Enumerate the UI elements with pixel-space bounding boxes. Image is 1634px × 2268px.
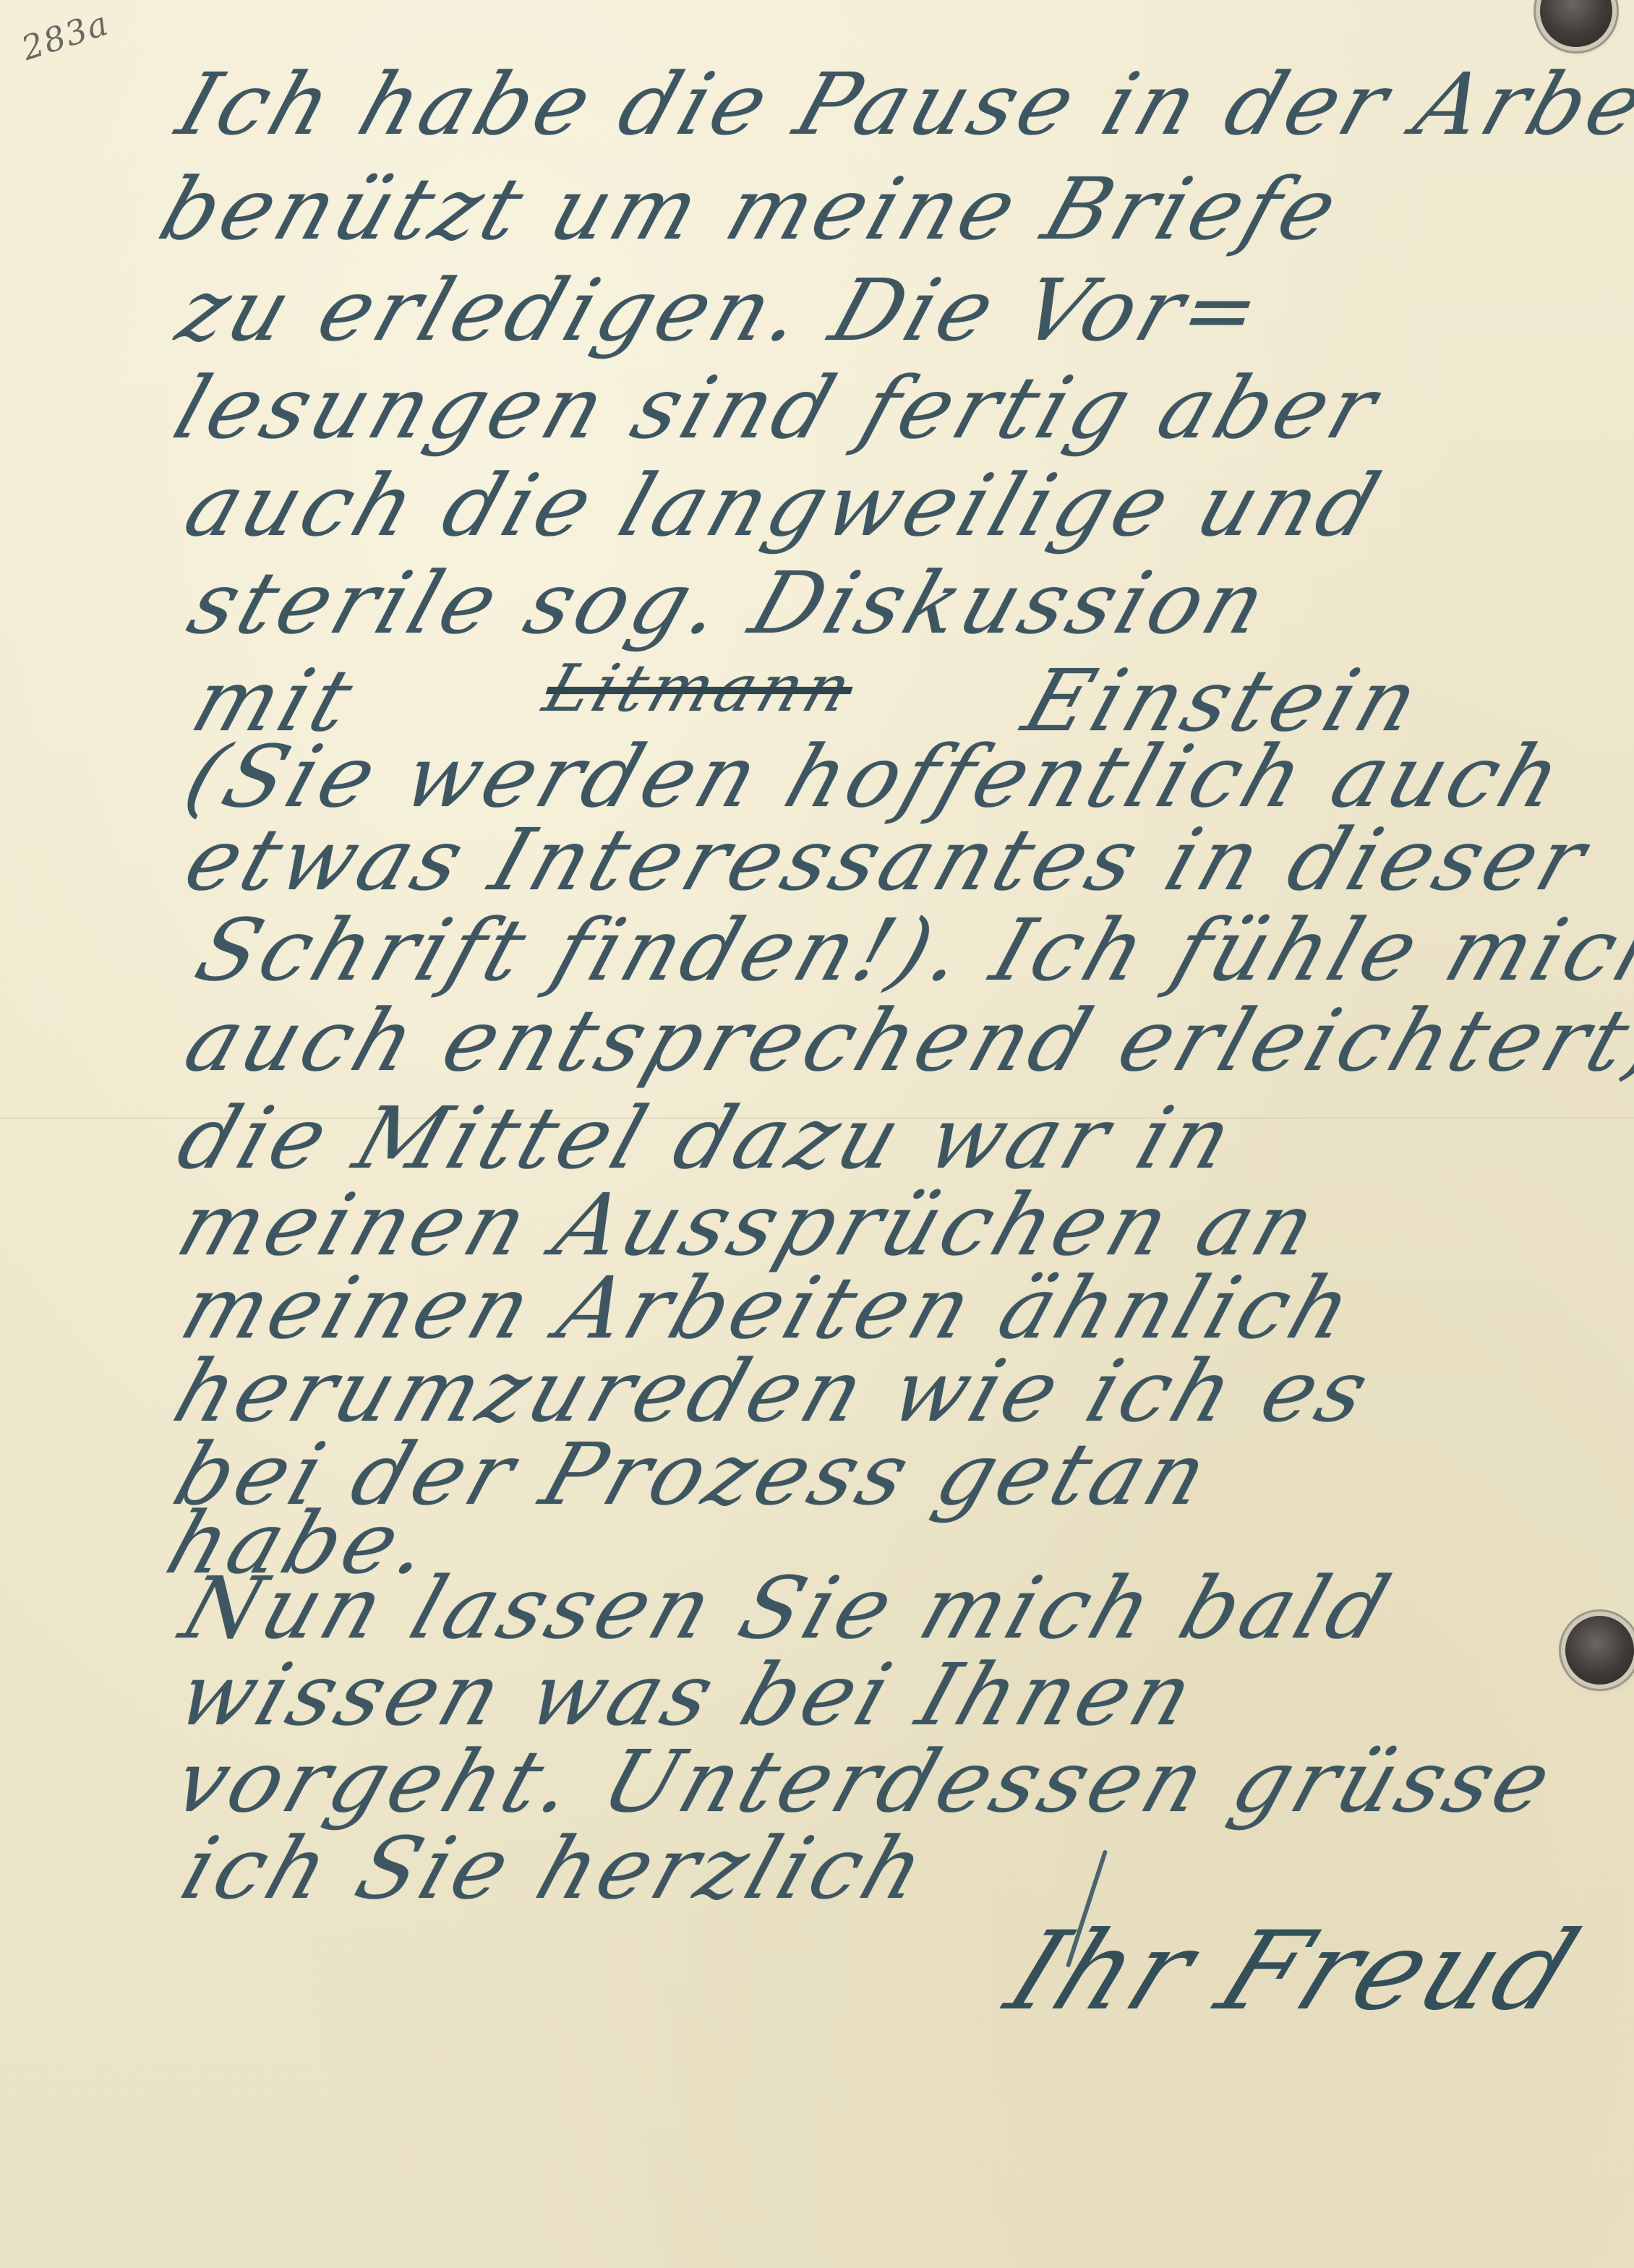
letter-line: vorgeht. Unterdessen grüsse (163, 1732, 1567, 1831)
letter-line: auch entsprechend erleichtert, (174, 990, 1634, 1090)
struck-word: Litmann (535, 651, 865, 727)
letter-line: sterile sog. Diskussion (177, 553, 1282, 653)
letter-line: etwas Interessantes in dieser (174, 810, 1602, 910)
letter-line: die Mittel dazu war in (166, 1088, 1249, 1188)
letter-line: auch die langweilige und (174, 455, 1395, 555)
letter-line: Nun lassen Sie mich bald (170, 1558, 1405, 1658)
right-magnet (1565, 1616, 1634, 1685)
letter-line: zu erledigen. Die Vor= (166, 260, 1277, 360)
letter-line: lesungen sind fertig aber (163, 358, 1393, 458)
letter-line: Ich habe die Pause in der Arbeit (166, 54, 1634, 154)
letter-line: wissen was bei Ihnen (166, 1645, 1210, 1745)
letter-line: ich Sie herzlich (170, 1818, 941, 1918)
letter-line: benützt um meine Briefe (148, 159, 1353, 259)
letter-line: Schrift finden!). Ich fühle mich (184, 900, 1634, 1000)
